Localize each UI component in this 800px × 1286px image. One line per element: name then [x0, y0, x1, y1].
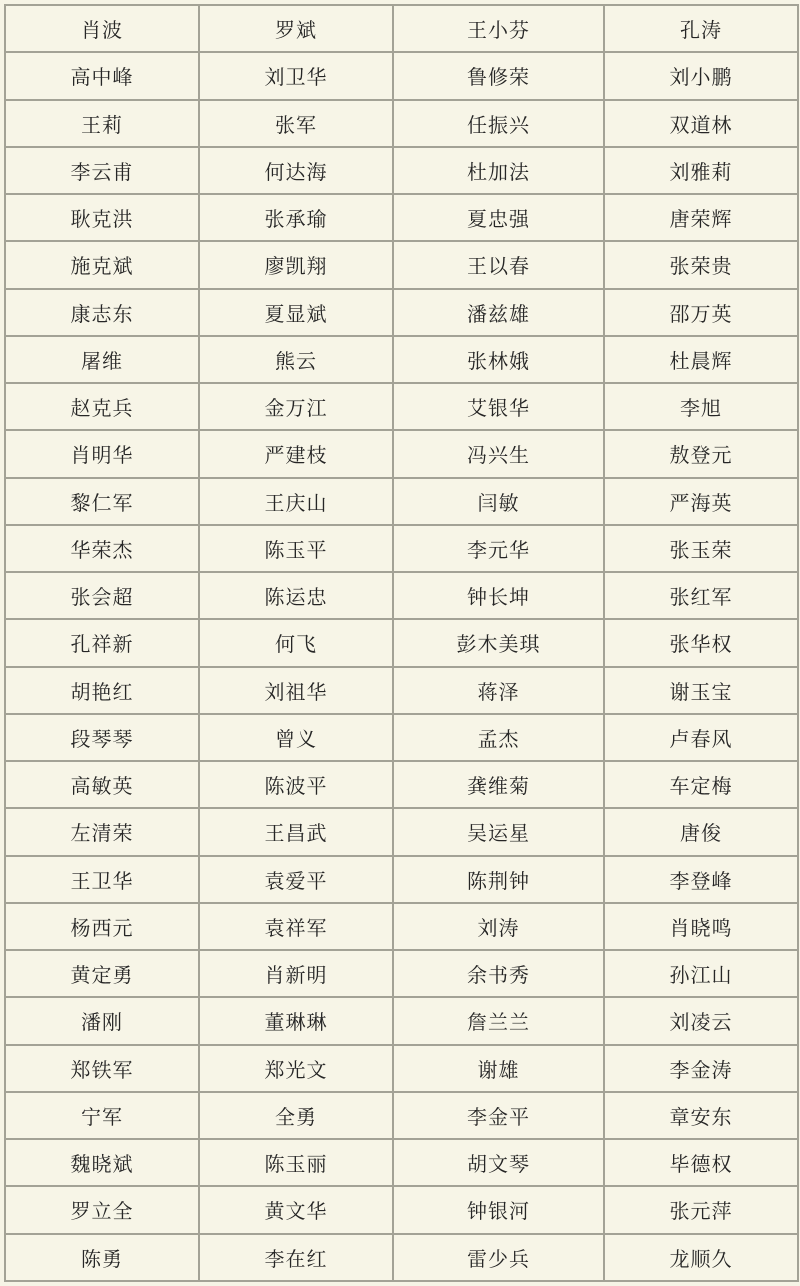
name-cell: 刘祖华 — [199, 667, 393, 714]
table-row: 张会超陈运忠钟长坤张红军 — [5, 572, 798, 619]
name-cell: 刘凌云 — [604, 997, 798, 1044]
table-row: 段琴琴曾义孟杰卢春风 — [5, 714, 798, 761]
table-row: 施克斌廖凯翔王以春张荣贵 — [5, 241, 798, 288]
name-cell: 钟银河 — [393, 1186, 604, 1233]
name-cell: 余书秀 — [393, 950, 604, 997]
name-cell: 全勇 — [199, 1092, 393, 1139]
name-cell: 肖新明 — [199, 950, 393, 997]
name-cell: 廖凯翔 — [199, 241, 393, 288]
name-cell: 张玉荣 — [604, 525, 798, 572]
name-cell: 唐俊 — [604, 808, 798, 855]
name-cell: 胡艳红 — [5, 667, 199, 714]
name-cell: 张军 — [199, 100, 393, 147]
table-row: 宁军全勇李金平章安东 — [5, 1092, 798, 1139]
table-row: 李云甫何达海杜加法刘雅莉 — [5, 147, 798, 194]
name-cell: 高中峰 — [5, 52, 199, 99]
name-cell: 陈玉丽 — [199, 1139, 393, 1186]
name-cell: 钟长坤 — [393, 572, 604, 619]
table-row: 黄定勇肖新明余书秀孙江山 — [5, 950, 798, 997]
name-cell: 施克斌 — [5, 241, 199, 288]
name-cell: 孙江山 — [604, 950, 798, 997]
document-page: 肖波罗斌王小芬孔涛高中峰刘卫华鲁修荣刘小鹏王莉张军任振兴双道林李云甫何达海杜加法… — [0, 0, 800, 1286]
name-cell: 肖晓鸣 — [604, 903, 798, 950]
name-cell: 陈运忠 — [199, 572, 393, 619]
name-cell: 董琳琳 — [199, 997, 393, 1044]
name-cell: 耿克洪 — [5, 194, 199, 241]
name-cell: 章安东 — [604, 1092, 798, 1139]
name-cell: 陈波平 — [199, 761, 393, 808]
table-row: 杨西元袁祥军刘涛肖晓鸣 — [5, 903, 798, 950]
name-cell: 左清荣 — [5, 808, 199, 855]
name-cell: 彭木美琪 — [393, 619, 604, 666]
table-row: 肖波罗斌王小芬孔涛 — [5, 5, 798, 52]
name-cell: 王卫华 — [5, 856, 199, 903]
name-cell: 王庆山 — [199, 478, 393, 525]
name-cell: 詹兰兰 — [393, 997, 604, 1044]
name-cell: 雷少兵 — [393, 1234, 604, 1282]
name-cell: 孟杰 — [393, 714, 604, 761]
table-row: 孔祥新何飞彭木美琪张华权 — [5, 619, 798, 666]
table-row: 耿克洪张承瑜夏忠强唐荣辉 — [5, 194, 798, 241]
name-cell: 冯兴生 — [393, 430, 604, 477]
name-cell: 李金涛 — [604, 1045, 798, 1092]
name-cell: 刘小鹏 — [604, 52, 798, 99]
table-row: 屠维熊云张林娥杜晨辉 — [5, 336, 798, 383]
name-cell: 张荣贵 — [604, 241, 798, 288]
name-cell: 鲁修荣 — [393, 52, 604, 99]
name-cell: 张林娥 — [393, 336, 604, 383]
name-cell: 邵万英 — [604, 289, 798, 336]
table-row: 高敏英陈波平龚维菊车定梅 — [5, 761, 798, 808]
name-cell: 郑铁军 — [5, 1045, 199, 1092]
name-cell: 李登峰 — [604, 856, 798, 903]
name-cell: 李元华 — [393, 525, 604, 572]
name-cell: 王小芬 — [393, 5, 604, 52]
name-cell: 熊云 — [199, 336, 393, 383]
name-cell: 车定梅 — [604, 761, 798, 808]
name-cell: 陈勇 — [5, 1234, 199, 1282]
name-cell: 潘兹雄 — [393, 289, 604, 336]
name-cell: 闫敏 — [393, 478, 604, 525]
name-cell: 杜加法 — [393, 147, 604, 194]
name-cell: 毕德权 — [604, 1139, 798, 1186]
name-cell: 胡文琴 — [393, 1139, 604, 1186]
name-cell: 王以春 — [393, 241, 604, 288]
name-cell: 刘卫华 — [199, 52, 393, 99]
table-row: 潘刚董琳琳詹兰兰刘凌云 — [5, 997, 798, 1044]
name-cell: 谢玉宝 — [604, 667, 798, 714]
name-cell: 黄文华 — [199, 1186, 393, 1233]
name-cell: 潘刚 — [5, 997, 199, 1044]
name-cell: 袁祥军 — [199, 903, 393, 950]
table-row: 王莉张军任振兴双道林 — [5, 100, 798, 147]
name-cell: 吴运星 — [393, 808, 604, 855]
name-cell: 黄定勇 — [5, 950, 199, 997]
name-cell: 曾义 — [199, 714, 393, 761]
name-cell: 李在红 — [199, 1234, 393, 1282]
table-row: 陈勇李在红雷少兵龙顺久 — [5, 1234, 798, 1282]
name-cell: 李旭 — [604, 383, 798, 430]
name-cell: 严建枝 — [199, 430, 393, 477]
name-cell: 夏显斌 — [199, 289, 393, 336]
name-cell: 郑光文 — [199, 1045, 393, 1092]
name-list-body: 肖波罗斌王小芬孔涛高中峰刘卫华鲁修荣刘小鹏王莉张军任振兴双道林李云甫何达海杜加法… — [5, 5, 798, 1281]
name-cell: 王昌武 — [199, 808, 393, 855]
table-row: 郑铁军郑光文谢雄李金涛 — [5, 1045, 798, 1092]
name-cell: 屠维 — [5, 336, 199, 383]
table-row: 罗立全黄文华钟银河张元萍 — [5, 1186, 798, 1233]
name-cell: 艾银华 — [393, 383, 604, 430]
table-row: 赵克兵金万江艾银华李旭 — [5, 383, 798, 430]
name-cell: 任振兴 — [393, 100, 604, 147]
table-row: 华荣杰陈玉平李元华张玉荣 — [5, 525, 798, 572]
name-cell: 陈玉平 — [199, 525, 393, 572]
table-row: 高中峰刘卫华鲁修荣刘小鹏 — [5, 52, 798, 99]
name-cell: 敖登元 — [604, 430, 798, 477]
name-cell: 孔祥新 — [5, 619, 199, 666]
name-cell: 李云甫 — [5, 147, 199, 194]
name-cell: 严海英 — [604, 478, 798, 525]
name-list-table: 肖波罗斌王小芬孔涛高中峰刘卫华鲁修荣刘小鹏王莉张军任振兴双道林李云甫何达海杜加法… — [4, 4, 799, 1282]
name-cell: 康志东 — [5, 289, 199, 336]
name-cell: 何达海 — [199, 147, 393, 194]
name-cell: 段琴琴 — [5, 714, 199, 761]
name-cell: 龚维菊 — [393, 761, 604, 808]
table-row: 肖明华严建枝冯兴生敖登元 — [5, 430, 798, 477]
name-cell: 何飞 — [199, 619, 393, 666]
name-cell: 金万江 — [199, 383, 393, 430]
name-cell: 龙顺久 — [604, 1234, 798, 1282]
name-cell: 杨西元 — [5, 903, 199, 950]
name-cell: 张元萍 — [604, 1186, 798, 1233]
table-row: 魏晓斌陈玉丽胡文琴毕德权 — [5, 1139, 798, 1186]
name-cell: 张会超 — [5, 572, 199, 619]
name-cell: 陈荆钟 — [393, 856, 604, 903]
name-cell: 刘涛 — [393, 903, 604, 950]
name-cell: 赵克兵 — [5, 383, 199, 430]
name-cell: 魏晓斌 — [5, 1139, 199, 1186]
name-cell: 肖明华 — [5, 430, 199, 477]
name-cell: 孔涛 — [604, 5, 798, 52]
table-row: 左清荣王昌武吴运星唐俊 — [5, 808, 798, 855]
name-cell: 双道林 — [604, 100, 798, 147]
name-cell: 张承瑜 — [199, 194, 393, 241]
name-cell: 华荣杰 — [5, 525, 199, 572]
name-cell: 高敏英 — [5, 761, 199, 808]
name-cell: 谢雄 — [393, 1045, 604, 1092]
table-row: 康志东夏显斌潘兹雄邵万英 — [5, 289, 798, 336]
table-row: 黎仁军王庆山闫敏严海英 — [5, 478, 798, 525]
name-cell: 夏忠强 — [393, 194, 604, 241]
name-cell: 张华权 — [604, 619, 798, 666]
name-cell: 蒋泽 — [393, 667, 604, 714]
name-cell: 黎仁军 — [5, 478, 199, 525]
name-cell: 刘雅莉 — [604, 147, 798, 194]
name-cell: 罗斌 — [199, 5, 393, 52]
name-cell: 李金平 — [393, 1092, 604, 1139]
name-cell: 袁爱平 — [199, 856, 393, 903]
name-cell: 卢春风 — [604, 714, 798, 761]
name-cell: 张红军 — [604, 572, 798, 619]
table-row: 胡艳红刘祖华蒋泽谢玉宝 — [5, 667, 798, 714]
name-cell: 罗立全 — [5, 1186, 199, 1233]
table-row: 王卫华袁爱平陈荆钟李登峰 — [5, 856, 798, 903]
name-cell: 王莉 — [5, 100, 199, 147]
name-cell: 杜晨辉 — [604, 336, 798, 383]
name-cell: 宁军 — [5, 1092, 199, 1139]
name-cell: 肖波 — [5, 5, 199, 52]
name-cell: 唐荣辉 — [604, 194, 798, 241]
